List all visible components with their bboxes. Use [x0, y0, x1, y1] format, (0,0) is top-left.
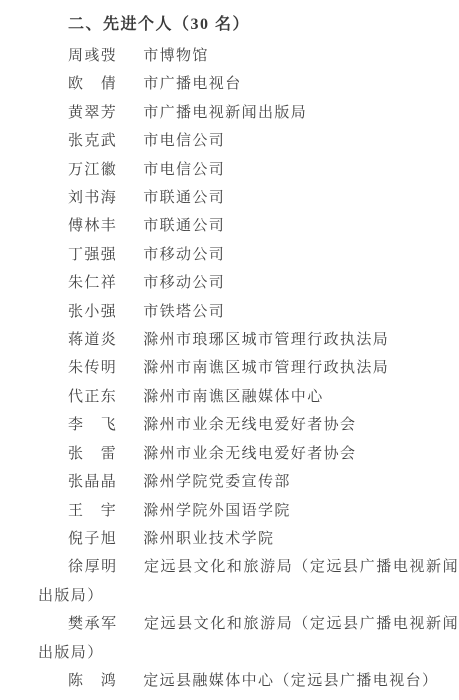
- person-name: 周彧弢: [68, 48, 117, 64]
- list-item: 张晶晶滁州学院党委宣传部: [38, 468, 459, 496]
- person-name: 张晶晶: [68, 474, 117, 490]
- organization: 滁州市业余无线电爱好者协会: [143, 446, 356, 462]
- people-list: 周彧弢市博物馆 欧 倩市广播电视台 黄翠芳市广播电视新闻出版局 张克武市电信公司…: [38, 42, 459, 695]
- list-item: 倪子旭滁州职业技术学院: [38, 525, 459, 553]
- name-org-gap: [117, 428, 143, 429]
- list-item: 欧 倩市广播电视台: [38, 70, 459, 98]
- person-name: 万江徽: [68, 162, 117, 178]
- name-org-gap: [118, 627, 144, 628]
- organization: 市移动公司: [143, 247, 225, 263]
- organization: 滁州市业余无线电爱好者协会: [143, 417, 356, 433]
- name-org-gap: [117, 144, 143, 145]
- list-item: 王 宇滁州学院外国语学院: [38, 497, 459, 525]
- person-name: 李 飞: [68, 417, 117, 433]
- person-name: 朱仁祥: [68, 275, 117, 291]
- organization: 市电信公司: [143, 133, 225, 149]
- name-org-gap: [117, 542, 143, 543]
- list-item: 张 雷滁州市业余无线电爱好者协会: [38, 440, 459, 468]
- organization: 定远县融媒体中心（定远县广播电视台）: [143, 673, 438, 689]
- organization: 市铁塔公司: [143, 304, 225, 320]
- list-item: 徐厚明定远县文化和旅游局（定远县广播电视新闻出版局）: [38, 553, 459, 610]
- document-page: 二、先进个人（30 名） 周彧弢市博物馆 欧 倩市广播电视台 黄翠芳市广播电视新…: [0, 0, 459, 700]
- list-item: 陈 鸿定远县融媒体中心（定远县广播电视台）: [38, 667, 459, 695]
- list-item: 周彧弢市博物馆: [38, 42, 459, 70]
- name-org-gap: [117, 485, 143, 486]
- organization: 滁州市琅琊区城市管理行政执法局: [143, 332, 389, 348]
- list-item: 张小强市铁塔公司: [38, 298, 459, 326]
- list-item: 李 飞滁州市业余无线电爱好者协会: [38, 411, 459, 439]
- list-item: 丁强强市移动公司: [38, 241, 459, 269]
- section-heading: 二、先进个人（30 名）: [38, 8, 459, 42]
- organization: 滁州市南谯区城市管理行政执法局: [143, 360, 389, 376]
- person-name: 樊承军: [68, 616, 118, 632]
- list-item: 代正东滁州市南谯区融媒体中心: [38, 383, 459, 411]
- name-org-gap: [117, 457, 143, 458]
- person-name: 倪子旭: [68, 531, 117, 547]
- list-item: 朱仁祥市移动公司: [38, 269, 459, 297]
- organization: 市博物馆: [143, 48, 209, 64]
- name-org-gap: [117, 286, 143, 287]
- name-org-gap: [117, 371, 143, 372]
- person-name: 张小强: [68, 304, 117, 320]
- person-name: 欧 倩: [68, 76, 117, 92]
- organization: 市联通公司: [143, 218, 225, 234]
- name-org-gap: [117, 315, 143, 316]
- organization: 市移动公司: [143, 275, 225, 291]
- person-name: 刘书海: [68, 190, 117, 206]
- name-org-gap: [118, 570, 144, 571]
- name-org-gap: [117, 514, 143, 515]
- list-item: 樊承军定远县文化和旅游局（定远县广播电视新闻出版局）: [38, 610, 459, 667]
- person-name: 丁强强: [68, 247, 117, 263]
- organization: 市广播电视台: [143, 76, 241, 92]
- list-item: 刘书海市联通公司: [38, 184, 459, 212]
- list-item: 万江徽市电信公司: [38, 156, 459, 184]
- person-name: 王 宇: [68, 503, 117, 519]
- name-org-gap: [117, 400, 143, 401]
- person-name: 代正东: [68, 389, 117, 405]
- organization: 市广播电视新闻出版局: [143, 105, 307, 121]
- name-org-gap: [117, 343, 143, 344]
- name-org-gap: [117, 684, 143, 685]
- name-org-gap: [117, 201, 143, 202]
- name-org-gap: [117, 116, 143, 117]
- organization: 滁州学院党委宣传部: [143, 474, 291, 490]
- name-org-gap: [117, 87, 143, 88]
- organization: 滁州学院外国语学院: [143, 503, 291, 519]
- person-name: 蒋道炎: [68, 332, 117, 348]
- person-name: 朱传明: [68, 360, 117, 376]
- list-item: 张克武市电信公司: [38, 127, 459, 155]
- organization: 滁州职业技术学院: [143, 531, 274, 547]
- organization: 市电信公司: [143, 162, 225, 178]
- name-org-gap: [117, 173, 143, 174]
- person-name: 张克武: [68, 133, 117, 149]
- list-item: 黄翠芳市广播电视新闻出版局: [38, 99, 459, 127]
- list-item: 蒋道炎滁州市琅琊区城市管理行政执法局: [38, 326, 459, 354]
- name-org-gap: [117, 258, 143, 259]
- person-name: 陈 鸿: [68, 673, 117, 689]
- organization: 市联通公司: [143, 190, 225, 206]
- list-item: 朱传明滁州市南谯区城市管理行政执法局: [38, 354, 459, 382]
- name-org-gap: [117, 59, 143, 60]
- list-item: 傅林丰市联通公司: [38, 212, 459, 240]
- person-name: 黄翠芳: [68, 105, 117, 121]
- person-name: 傅林丰: [68, 218, 117, 234]
- organization: 滁州市南谯区融媒体中心: [143, 389, 323, 405]
- person-name: 徐厚明: [68, 559, 118, 575]
- name-org-gap: [117, 229, 143, 230]
- person-name: 张 雷: [68, 446, 117, 462]
